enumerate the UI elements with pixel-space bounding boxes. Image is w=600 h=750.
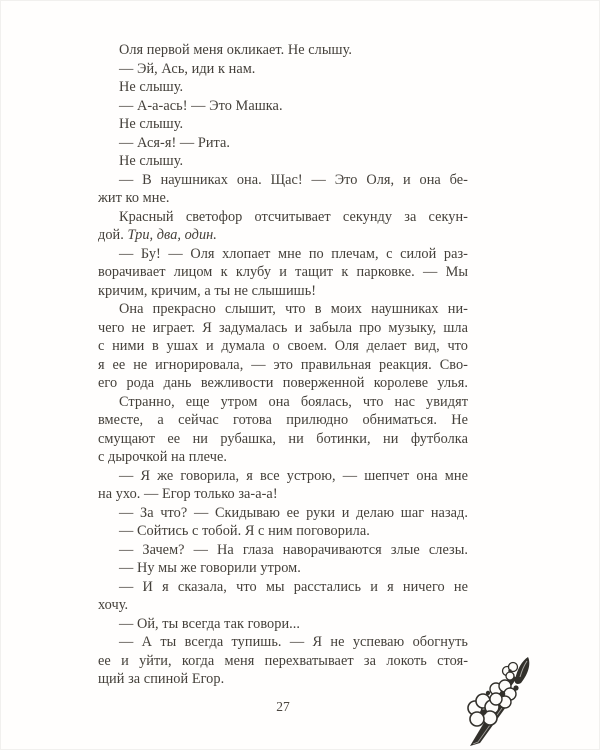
text-run: смущают ее ни рубашка, ни ботинки, ни фу… bbox=[98, 431, 468, 447]
paragraph: Не слышу. bbox=[98, 115, 468, 134]
book-page: Оля первой меня окликает. Не слышу.— Эй,… bbox=[0, 0, 600, 750]
blossom-branch-illustration bbox=[460, 655, 540, 747]
text-line: Красный светофор отсчитывает секунду за … bbox=[98, 208, 468, 227]
text-run: Не слышу. bbox=[119, 153, 183, 169]
page-number: 27 bbox=[98, 699, 468, 715]
text-block: Оля первой меня окликает. Не слышу.— Эй,… bbox=[98, 41, 468, 689]
paragraph: — Сойтись с тобой. Я с ним поговорила. bbox=[98, 522, 468, 541]
text-line: — И я сказала, что мы расстались и я нич… bbox=[98, 578, 468, 597]
text-run: — Ася-я! — Рита. bbox=[119, 135, 230, 151]
text-run: его рода дань вежливости поверженной кор… bbox=[98, 375, 468, 391]
text-run: — Бу! — Оля хлопает мне по плечам, с сил… bbox=[119, 246, 468, 262]
text-line: — А ты всегда тупишь. — Я не успеваю обо… bbox=[98, 633, 468, 652]
text-line: — А-а-ась! — Это Машка. bbox=[98, 97, 468, 116]
paragraph: — Ну мы же говорили утром. bbox=[98, 559, 468, 578]
text-run: Красный светофор отсчитывает секунду за … bbox=[119, 209, 468, 225]
text-run: — В наушниках она. Щас! — Это Оля, и она… bbox=[119, 172, 468, 188]
text-line: — В наушниках она. Щас! — Это Оля, и она… bbox=[98, 171, 468, 190]
text-run: я ее не игнорировала, — это правильная р… bbox=[98, 357, 468, 373]
text-run: жит ко мне. bbox=[98, 190, 169, 206]
text-run: — А ты всегда тупишь. — Я не успеваю обо… bbox=[119, 634, 468, 650]
text-line: дой. Три, два, один. bbox=[98, 226, 468, 245]
flower-center bbox=[481, 709, 487, 715]
text-line: ворачивает лицом к клубу и тащит к парко… bbox=[98, 263, 468, 282]
text-line: — Зачем? — На глаза наворачиваются злые … bbox=[98, 541, 468, 560]
flower-center bbox=[508, 669, 511, 672]
text-line: на ухо. — Егор только за-а-а! bbox=[98, 485, 468, 504]
text-line: Странно, еще утром она боялась, что нас … bbox=[98, 393, 468, 412]
text-run: — А-а-ась! — Это Машка. bbox=[119, 98, 283, 114]
text-run: Она прекрасно слышит, что в моих наушник… bbox=[119, 301, 468, 317]
text-line: ее и уйти, когда меня перехватывает за л… bbox=[98, 652, 468, 671]
text-line: Она прекрасно слышит, что в моих наушник… bbox=[98, 300, 468, 319]
paragraph: Странно, еще утром она боялась, что нас … bbox=[98, 393, 468, 467]
text-line: — Ну мы же говорили утром. bbox=[98, 559, 468, 578]
text-line: хочу. bbox=[98, 596, 468, 615]
branch-bud-dot bbox=[486, 691, 490, 695]
text-run: Не слышу. bbox=[119, 116, 183, 132]
text-run: Оля первой меня окликает. Не слышу. bbox=[119, 42, 352, 58]
paragraph: — Бу! — Оля хлопает мне по плечам, с сил… bbox=[98, 245, 468, 301]
text-line: чего не играет. Я задумалась и забыла пр… bbox=[98, 319, 468, 338]
flower-center bbox=[501, 692, 506, 697]
text-line: — Сойтись с тобой. Я с ним поговорила. bbox=[98, 522, 468, 541]
text-run: — Зачем? — На глаза наворачиваются злые … bbox=[119, 542, 468, 558]
text-run: дой. bbox=[98, 227, 127, 243]
text-run: — И я сказала, что мы расстались и я нич… bbox=[119, 579, 468, 595]
paragraph: — А ты всегда тупишь. — Я не успеваю обо… bbox=[98, 633, 468, 689]
text-line: его рода дань вежливости поверженной кор… bbox=[98, 374, 468, 393]
text-run: — Сойтись с тобой. Я с ним поговорила. bbox=[119, 523, 370, 539]
text-run: щий за спиной Егор. bbox=[98, 671, 224, 687]
italic-text-run: Три, два, один. bbox=[127, 227, 216, 243]
paragraph: — Эй, Ась, иди к нам. bbox=[98, 60, 468, 79]
text-line: Не слышу. bbox=[98, 115, 468, 134]
text-line: щий за спиной Егор. bbox=[98, 670, 468, 689]
text-line: — Ой, ты всегда так говори... bbox=[98, 615, 468, 634]
text-run: — За что? — Скидываю ее руки и делаю шаг… bbox=[119, 505, 468, 521]
text-run: — Я же говорила, я все устрою, — шепчет … bbox=[119, 468, 468, 484]
text-line: — Я же говорила, я все устрою, — шепчет … bbox=[98, 467, 468, 486]
text-run: чего не играет. Я задумалась и забыла пр… bbox=[98, 320, 468, 336]
text-run: с ними в ушах и думала о своем. Оля дела… bbox=[98, 338, 468, 354]
text-line: с дырочкой на плече. bbox=[98, 448, 468, 467]
text-run: с дырочкой на плече. bbox=[98, 449, 227, 465]
text-line: кричим, кричим, а ты не слышишь! bbox=[98, 282, 468, 301]
text-line: смущают ее ни рубашка, ни ботинки, ни фу… bbox=[98, 430, 468, 449]
paragraph: — И я сказала, что мы расстались и я нич… bbox=[98, 578, 468, 615]
text-line: — За что? — Скидываю ее руки и делаю шаг… bbox=[98, 504, 468, 523]
text-run: вместе, а сейчас готова прилюдно обнимат… bbox=[98, 412, 468, 428]
text-line: Не слышу. bbox=[98, 152, 468, 171]
paragraph: Не слышу. bbox=[98, 152, 468, 171]
text-line: Не слышу. bbox=[98, 78, 468, 97]
text-run: на ухо. — Егор только за-а-а! bbox=[98, 486, 278, 502]
text-run: ворачивает лицом к клубу и тащит к парко… bbox=[98, 264, 468, 280]
text-line: вместе, а сейчас готова прилюдно обнимат… bbox=[98, 411, 468, 430]
text-run: Странно, еще утром она боялась, что нас … bbox=[119, 394, 468, 410]
paragraph: Она прекрасно слышит, что в моих наушник… bbox=[98, 300, 468, 393]
paragraph: — Я же говорила, я все устрою, — шепчет … bbox=[98, 467, 468, 504]
text-run: хочу. bbox=[98, 597, 128, 613]
paragraph: — Ася-я! — Рита. bbox=[98, 134, 468, 153]
text-run: — Ну мы же говорили утром. bbox=[119, 560, 301, 576]
paragraph: — А-а-ась! — Это Машка. bbox=[98, 97, 468, 116]
text-line: — Эй, Ась, иди к нам. bbox=[98, 60, 468, 79]
paragraph: Не слышу. bbox=[98, 78, 468, 97]
text-run: ее и уйти, когда меня перехватывает за л… bbox=[98, 653, 468, 669]
paragraph: Оля первой меня окликает. Не слышу. bbox=[98, 41, 468, 60]
paragraph: — В наушниках она. Щас! — Это Оля, и она… bbox=[98, 171, 468, 208]
text-line: жит ко мне. bbox=[98, 189, 468, 208]
paragraph: — Ой, ты всегда так говори... bbox=[98, 615, 468, 634]
branch-bud-dot bbox=[513, 685, 518, 690]
text-run: Не слышу. bbox=[119, 79, 183, 95]
text-run: — Ой, ты всегда так говори... bbox=[119, 616, 300, 632]
paragraph: — Зачем? — На глаза наворачиваются злые … bbox=[98, 541, 468, 560]
text-run: — Эй, Ась, иди к нам. bbox=[119, 61, 255, 77]
paragraph: — За что? — Скидываю ее руки и делаю шаг… bbox=[98, 504, 468, 523]
branch-bud bbox=[515, 657, 529, 684]
text-line: с ними в ушах и думала о своем. Оля дела… bbox=[98, 337, 468, 356]
text-line: — Бу! — Оля хлопает мне по плечам, с сил… bbox=[98, 245, 468, 264]
paragraph: Красный светофор отсчитывает секунду за … bbox=[98, 208, 468, 245]
text-line: — Ася-я! — Рита. bbox=[98, 134, 468, 153]
text-line: я ее не игнорировала, — это правильная р… bbox=[98, 356, 468, 375]
text-run: кричим, кричим, а ты не слышишь! bbox=[98, 283, 316, 299]
text-line: Оля первой меня окликает. Не слышу. bbox=[98, 41, 468, 60]
